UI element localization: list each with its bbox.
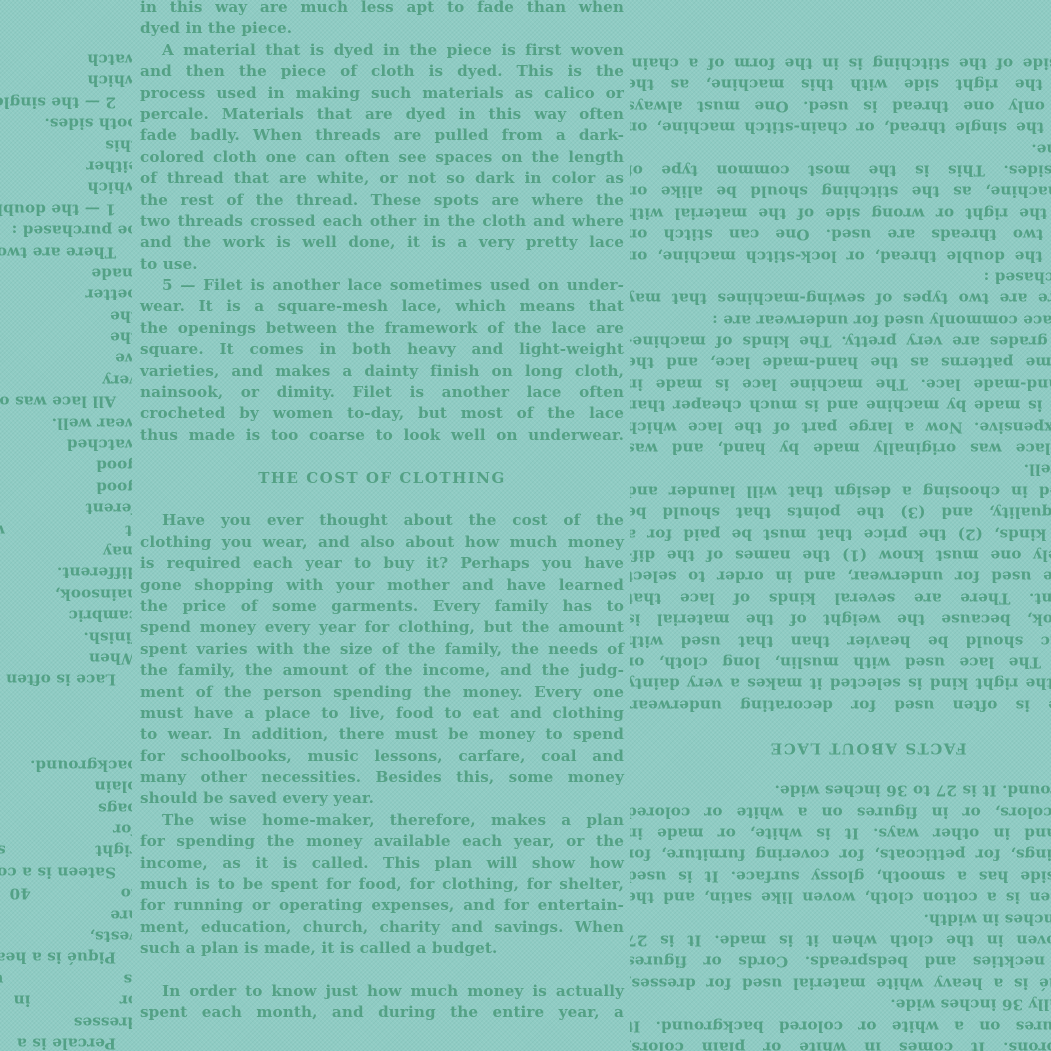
text-line: or in figures on a (0, 989, 132, 1010)
text-line: two threads crossed each other in the cl… (140, 211, 624, 232)
text-line: better grades are (0, 283, 132, 304)
text-line: process used in making such materials as… (140, 83, 624, 104)
text-line: is usually 36 inc (0, 968, 132, 989)
text-line: bags and in oth (0, 797, 132, 818)
text-line: bags and in other ways. It is white, or … (630, 822, 1051, 843)
text-line: watched in cho (0, 433, 132, 454)
text-line: the hand-made l (0, 326, 132, 347)
text-line: for linings, for pe (0, 818, 132, 839)
text-line: for aprons. It comes in white or plain c… (630, 1036, 1051, 1051)
text-line: such a plan is made, it is called a budg… (140, 938, 624, 959)
left-upside-down-column: Percale is adresses or apronsor in figur… (0, 0, 132, 1051)
text-line: cambric should b (0, 604, 132, 625)
text-line: watch the right side with this machine, … (630, 73, 1051, 94)
text-line: for running or operating expenses, and f… (140, 895, 624, 916)
text-line: There are two (0, 241, 132, 262)
text-line: Piqué is a heavy white material used for… (630, 972, 1051, 993)
text-line: is required each year to buy it? Perhaps… (140, 553, 624, 574)
text-line: right side has a s (0, 839, 132, 860)
text-line: good quality, and (3) the points that sh… (630, 501, 1051, 522)
text-line: thus made is too coarse to look well on … (140, 425, 624, 446)
text-line: ment of the person spending the money. E… (140, 682, 624, 703)
text-line: are woven in the cloth when it is made. … (630, 929, 1051, 950)
text-line: wear. It is a square-mesh lace, which me… (140, 296, 624, 317)
text-line: the family, the amount of the income, an… (140, 660, 624, 681)
text-line: percale. Materials that are dyed in this… (140, 104, 624, 125)
text-line: both sides. (0, 112, 132, 133)
text-line: cambric should be heavier than that used… (630, 630, 1051, 651)
text-line: either the right o (0, 155, 132, 176)
text-line: When the right kind is selected it makes… (630, 672, 1051, 693)
text-line: to wear. In addition, there must be mone… (140, 724, 624, 745)
text-line: made lace commonly used for underwear ar… (630, 309, 1051, 330)
text-line: nainsook, or dimity. Filet is another la… (140, 382, 624, 403)
text-line: varieties, and makes a dainty finish on … (140, 361, 624, 382)
section-heading: FACTS ABOUT LACE (630, 737, 1051, 758)
text-line: colored cloth one can often see spaces o… (140, 147, 624, 168)
paragraph-gap (0, 690, 132, 711)
text-line: it wisely one must know (1) the names of… (630, 544, 1051, 565)
text-line: for schoolbooks, music lessons, carfare,… (140, 746, 624, 767)
text-line: nainsook, becau (0, 583, 132, 604)
text-line: much is to be spent for food, for clothi… (140, 874, 624, 895)
right-column-text: for aprons. It comes in white or plain c… (630, 52, 1051, 1051)
text-line: the same patterns as the hand-made lace,… (630, 351, 1051, 372)
text-line: and then the piece of cloth is dyed. Thi… (140, 61, 624, 82)
left-column-text: Percale is adresses or apronsor in figur… (0, 48, 132, 1051)
text-line: should be saved every year. (140, 788, 624, 809)
text-line: to 40 inches in w (0, 882, 132, 903)
text-line: may be used for underwear, and in order … (630, 565, 1051, 586)
text-line: plain colors, or in figures on a white o… (630, 801, 1051, 822)
text-line: or figures on a white or colored backgro… (630, 1015, 1051, 1036)
text-line: vests, neckties an (0, 925, 132, 946)
text-line: which only one t (0, 69, 132, 90)
text-line: Sateen is a cot (0, 861, 132, 882)
text-line: both sides. This is the most common type… (630, 159, 1051, 180)
text-line: 5 — Filet is another lace sometimes used… (140, 275, 624, 296)
text-line: right side of the stitching is in the fo… (630, 52, 1051, 73)
text-line: background. (0, 754, 132, 775)
text-line: In order to know just how much money is … (140, 981, 624, 1002)
text-line: vests, neckties and bedspreads. Cords or… (630, 950, 1051, 971)
text-line: 1 — the double (0, 198, 132, 219)
text-line: ferent kinds, (2) the price that must be… (630, 523, 1051, 544)
text-line: be purchased : (630, 266, 1051, 287)
text-line: Piqué is a heavy (0, 946, 132, 967)
text-line: the hand-made lace. The machine lace is … (630, 373, 1051, 394)
paragraph-gap (140, 446, 624, 467)
text-line: finish. The lace (0, 626, 132, 647)
text-line: of thread that are white, or not so dark… (140, 168, 624, 189)
text-line: it wisely one mu (0, 519, 132, 540)
text-line: wear well. (0, 412, 132, 433)
text-line: dresses or aprons (0, 1011, 132, 1032)
text-line: gone shopping with your mother and have … (140, 575, 624, 596)
text-line: to 40 inches in width. (630, 908, 1051, 929)
text-line: A material that is dyed in the piece is … (140, 40, 624, 61)
paragraph-gap (630, 715, 1051, 736)
text-line: spent varies with the size of the family… (140, 639, 624, 660)
text-line: which two threads are used. One can stit… (630, 223, 1051, 244)
section-heading: THE COST OF CLOTHING (140, 468, 624, 489)
text-line: All lace was originally made by hand, an… (630, 437, 1051, 458)
text-line: in this way are much less apt to fade th… (140, 0, 624, 18)
text-line: are woven in the (0, 904, 132, 925)
text-line: watched in choosing a design that will l… (630, 480, 1051, 501)
text-line: must have a place to live, food to eat a… (140, 703, 624, 724)
text-line: All lace was o (0, 390, 132, 411)
text-line: different. There are several kinds of la… (630, 587, 1051, 608)
text-line: fade badly. When threads are pulled from… (140, 125, 624, 146)
text-line: very expensive. Now a large part of the … (630, 416, 1051, 437)
text-line: Lace is often (0, 668, 132, 689)
main-text-column: in this way are much less apt to fade th… (140, 0, 624, 1024)
text-line: be purchased : (0, 219, 132, 240)
paragraph-gap (0, 711, 132, 732)
text-line: finish. The lace used with muslin, long … (630, 651, 1051, 672)
text-line: nainsook, because the weight of the mate… (630, 608, 1051, 629)
text-line: the same pattern (0, 305, 132, 326)
text-line: we use is made by machine and is much ch… (630, 394, 1051, 415)
text-line: good quality, an (0, 476, 132, 497)
text-line: many other necessities. Besides this, so… (140, 767, 624, 788)
text-line: 1 — the double thread, or lock-stitch ma… (630, 245, 1051, 266)
text-line: wear well. (630, 458, 1051, 479)
text-line: machine. (630, 138, 1051, 159)
paragraph-gap (140, 960, 624, 981)
text-line: There are two types of sewing-machines t… (630, 287, 1051, 308)
text-line: ferent kinds, (2) (0, 497, 132, 518)
text-line: may be used for (0, 540, 132, 561)
text-line: crocheted by women to-day, but most of t… (140, 403, 624, 424)
text-line: better grades are very pretty. The kinds… (630, 330, 1051, 351)
text-line: right side has a smooth, glossy surface.… (630, 865, 1051, 886)
paragraph-gap (0, 733, 132, 754)
text-line: Percale is a (0, 1032, 132, 1051)
text-line: and the work is well done, it is a very … (140, 232, 624, 253)
text-line: the openings between the framework of th… (140, 318, 624, 339)
text-line: which two threa (0, 176, 132, 197)
text-line: to use. (140, 254, 624, 275)
text-line: either the right or wrong side of the ma… (630, 202, 1051, 223)
text-line: Sateen is a cotton cloth, woven like sat… (630, 886, 1051, 907)
text-line: different. There (0, 561, 132, 582)
text-line: ment, education, church, charity and sav… (140, 917, 624, 938)
text-line: very expensive. (0, 369, 132, 390)
text-line: for spending the money available each ye… (140, 831, 624, 852)
text-line: Lace is often used for decorating underw… (630, 694, 1051, 715)
text-line: is usually 36 inches wide. (630, 993, 1051, 1014)
text-line: The wise home-maker, therefore, makes a … (140, 810, 624, 831)
text-line: dyed in the piece. (140, 18, 624, 39)
text-line: for linings, for petticoats, for coverin… (630, 843, 1051, 864)
text-line: made lace comm (0, 262, 132, 283)
text-line: which only one thread is used. One must … (630, 95, 1051, 116)
text-line: the rest of the thread. These spots are … (140, 190, 624, 211)
text-line: 2 — the single (0, 91, 132, 112)
text-line: the price of some garments. Every family… (140, 596, 624, 617)
text-line: background. It is 27 to 36 inches wide. (630, 779, 1051, 800)
text-line: watch the right s (0, 48, 132, 69)
text-line: this machine, as (0, 134, 132, 155)
text-line: plain colors, or (0, 775, 132, 796)
text-line: good quality, in c (0, 454, 132, 475)
text-line: this machine, as the stitching should be… (630, 180, 1051, 201)
text-line: Have you ever thought about the cost of … (140, 510, 624, 531)
text-line: income, as it is called. This plan will … (140, 853, 624, 874)
text-line: 2 — the single thread, or chain-stitch m… (630, 116, 1051, 137)
right-upside-down-column: for aprons. It comes in white or plain c… (630, 0, 1051, 1051)
paragraph-gap (630, 758, 1051, 779)
paragraph-gap (140, 489, 624, 510)
text-line: we use is made (0, 347, 132, 368)
text-line: square. It comes in both heavy and light… (140, 339, 624, 360)
text-line: spent each month, and during the entire … (140, 1002, 624, 1023)
text-line: clothing you wear, and also about how mu… (140, 532, 624, 553)
text-line: When the right kin (0, 647, 132, 668)
text-line: spend money every year for clothing, but… (140, 617, 624, 638)
